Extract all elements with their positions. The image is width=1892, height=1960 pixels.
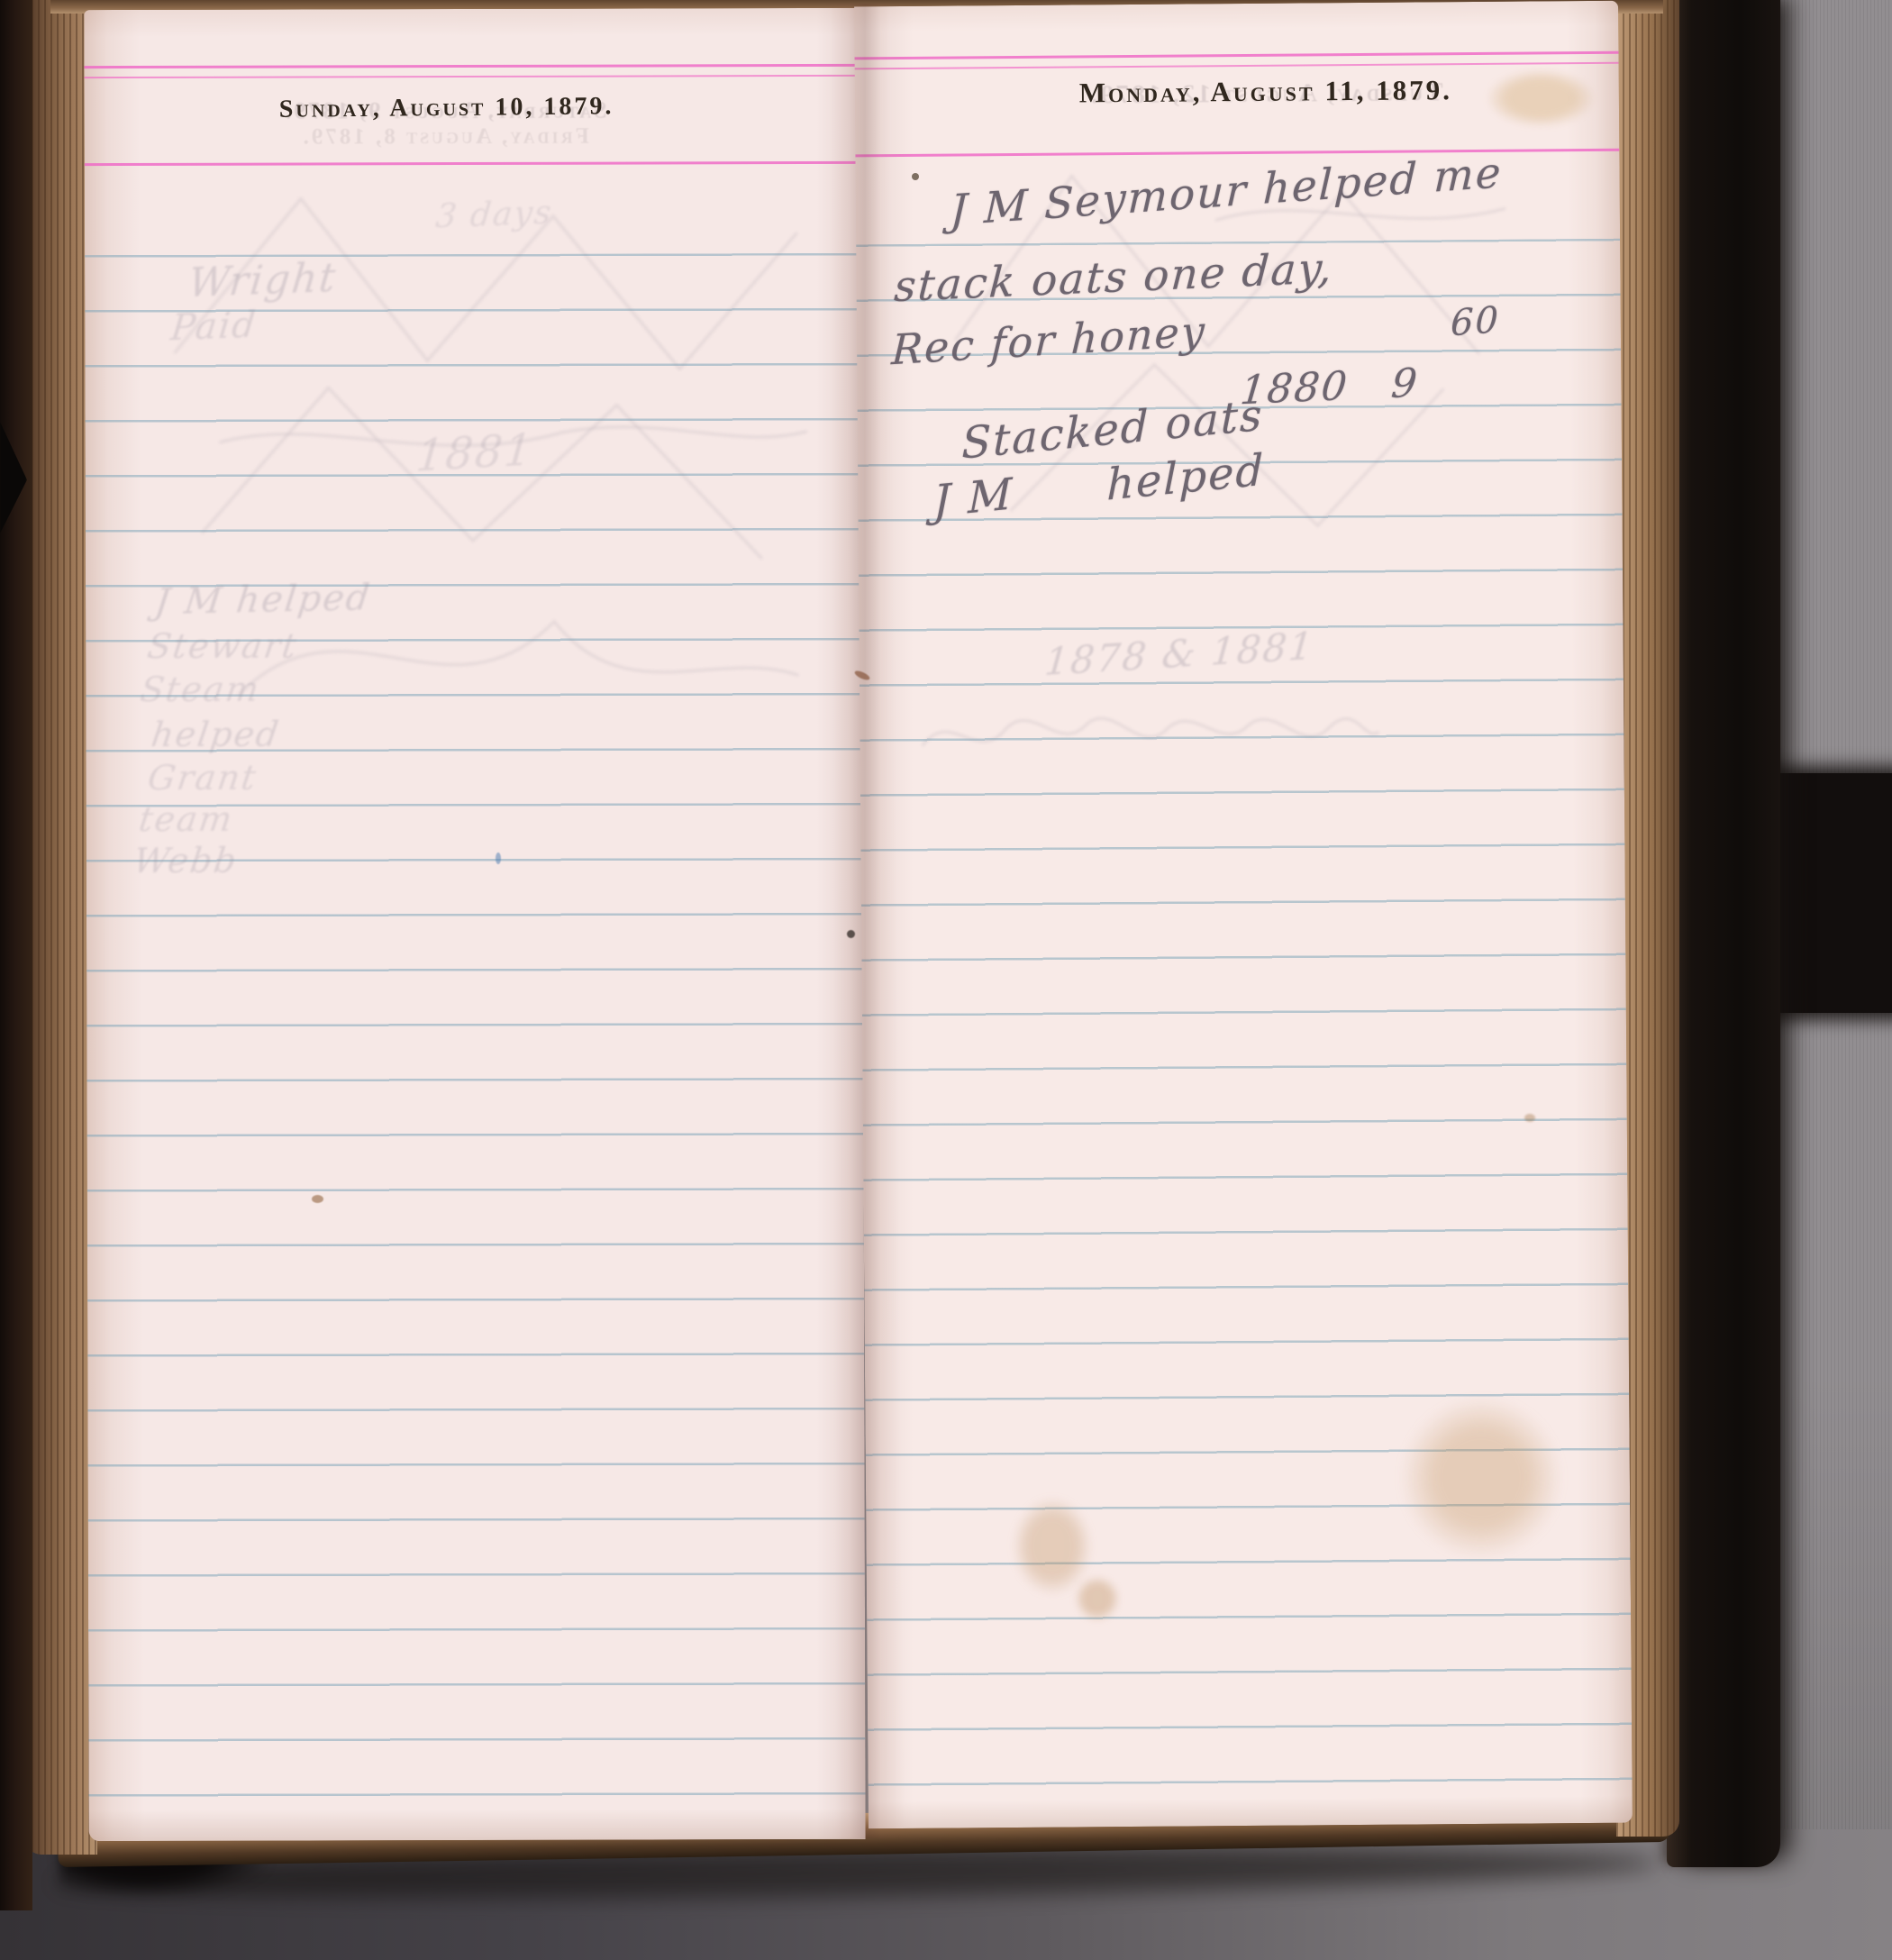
right-page: Tuesday, August 12, 1879. Monday, August…	[854, 1, 1633, 1829]
faint-pencil-fragment: Paid	[168, 304, 259, 349]
pink-rule-top-1	[85, 64, 861, 68]
diary-entry-line: 1880 9	[1238, 360, 1421, 415]
faint-pencil-fragment: helped	[149, 715, 282, 754]
faint-pencil-fragment: Stewart	[145, 626, 300, 666]
illegible-bleedthrough-scribble	[914, 688, 1383, 781]
pink-rule-top-2	[855, 62, 1619, 70]
diary-entry-amount: 60	[1450, 299, 1500, 344]
pink-rule-top-1	[855, 51, 1619, 60]
faint-pencil-fragment: 3 days	[434, 194, 555, 235]
left-page: Saturday, August 9, 1879. Friday, August…	[84, 8, 865, 1841]
faint-pencil-fragment: 1881	[414, 424, 536, 481]
page-date-header: Monday, August 11, 1879.	[1059, 74, 1473, 110]
faint-pencil-fragment: Wright	[186, 255, 340, 306]
pink-rule-top-2	[85, 75, 861, 78]
book-cover-left-edge	[0, 0, 32, 1910]
book-cover-right-edge	[1667, 0, 1780, 1867]
faint-pencil-fragment: team	[137, 799, 237, 839]
diary-scan: Saturday, August 9, 1879. Friday, August…	[0, 0, 1892, 1960]
faint-pencil-fragment: Steam	[138, 670, 263, 709]
page-date-header: Sunday, August 10, 1879.	[221, 92, 671, 125]
faint-pencil-fragment: Grant	[145, 758, 259, 798]
faint-pencil-fragment: J M helped	[152, 577, 373, 623]
faint-pencil-fragment: Webb	[132, 841, 241, 880]
